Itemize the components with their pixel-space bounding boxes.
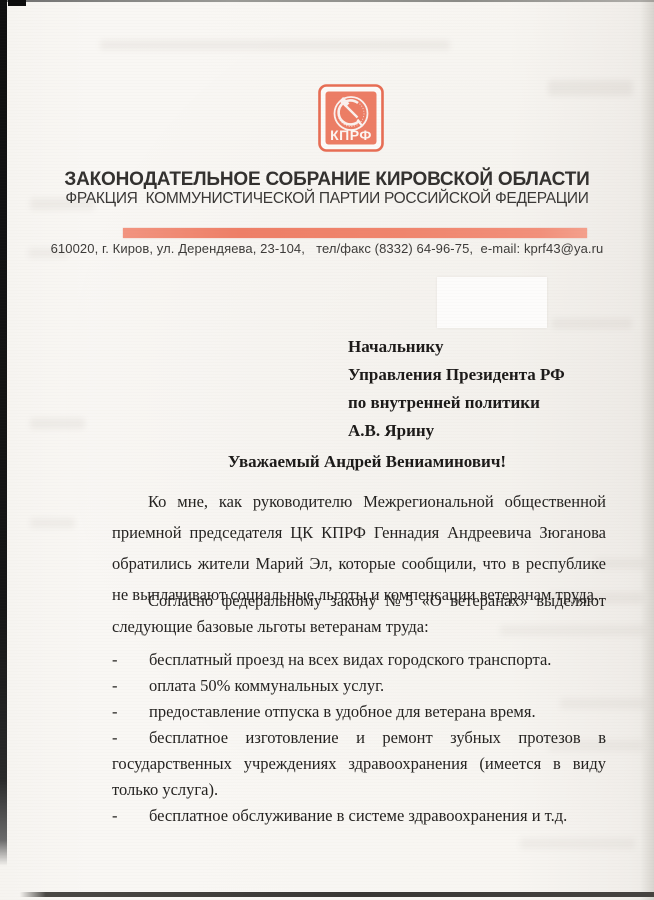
list-item-text: оплата 50% коммунальных услуг. bbox=[149, 676, 384, 695]
bleedthrough-artifact bbox=[552, 318, 632, 329]
body-paragraph-2: Согласно федеральному закону №5 «О ветер… bbox=[112, 588, 606, 640]
recipient-line: Начальнику bbox=[348, 333, 628, 361]
list-item: -предоставление отпуска в удобное для ве… bbox=[112, 699, 606, 725]
bleedthrough-artifact bbox=[100, 40, 450, 50]
scanned-letter-page: КПРФ ЗАКОНОДАТЕЛЬНОЕ СОБРАНИЕ КИРОВСКОЙ … bbox=[0, 0, 654, 900]
scan-bottom-edge bbox=[0, 892, 654, 897]
bleedthrough-artifact bbox=[30, 518, 75, 528]
bleedthrough-artifact bbox=[548, 80, 633, 96]
bleedthrough-artifact bbox=[520, 838, 635, 849]
scan-top-edge bbox=[0, 0, 654, 2]
list-dash-marker: - bbox=[112, 673, 149, 699]
list-dash-marker: - bbox=[112, 725, 149, 751]
logo-text: КПРФ bbox=[318, 127, 384, 143]
salutation: Уважаемый Андрей Вениаминович! bbox=[120, 452, 614, 472]
list-item-text: бесплатный проезд на всех видах городско… bbox=[149, 650, 551, 669]
list-item: -бесплатный проезд на всех видах городск… bbox=[112, 647, 606, 673]
list-item: -оплата 50% коммунальных услуг. bbox=[112, 673, 606, 699]
recipient-block: Начальнику Управления Президента РФ по в… bbox=[348, 333, 628, 445]
letterhead-divider-bar bbox=[123, 228, 587, 238]
kprf-logo: КПРФ bbox=[318, 84, 384, 152]
scan-corner-mark bbox=[8, 0, 26, 6]
recipient-line: Управления Президента РФ bbox=[348, 361, 628, 389]
list-dash-marker: - bbox=[112, 803, 149, 829]
scan-right-shadow bbox=[640, 0, 654, 900]
list-item-text: бесплатное изготовление и ремонт зубных … bbox=[112, 728, 606, 799]
benefits-list: -бесплатный проезд на всех видах городск… bbox=[112, 647, 606, 829]
list-dash-marker: - bbox=[112, 699, 149, 725]
scan-left-edge bbox=[0, 0, 7, 866]
list-item-text: предоставление отпуска в удобное для вет… bbox=[149, 702, 536, 721]
list-dash-marker: - bbox=[112, 647, 149, 673]
list-item: -бесплатное обслуживание в системе здрав… bbox=[112, 803, 606, 829]
recipient-line: А.В. Ярину bbox=[348, 417, 628, 445]
bleedthrough-artifact bbox=[30, 418, 85, 429]
whiteout-patch bbox=[437, 277, 547, 328]
org-subtitle: ФРАКЦИЯ КОММУНИСТИЧЕСКОЙ ПАРТИИ РОССИЙСК… bbox=[0, 190, 654, 208]
list-item: -бесплатное изготовление и ремонт зубных… bbox=[112, 725, 606, 803]
list-item-text: бесплатное обслуживание в системе здраво… bbox=[149, 806, 567, 825]
contact-line: 610020, г. Киров, ул. Дерендяева, 23-104… bbox=[0, 241, 654, 256]
org-name: ЗАКОНОДАТЕЛЬНОЕ СОБРАНИЕ КИРОВСКОЙ ОБЛАС… bbox=[0, 169, 654, 191]
recipient-line: по внутренней политики bbox=[348, 389, 628, 417]
